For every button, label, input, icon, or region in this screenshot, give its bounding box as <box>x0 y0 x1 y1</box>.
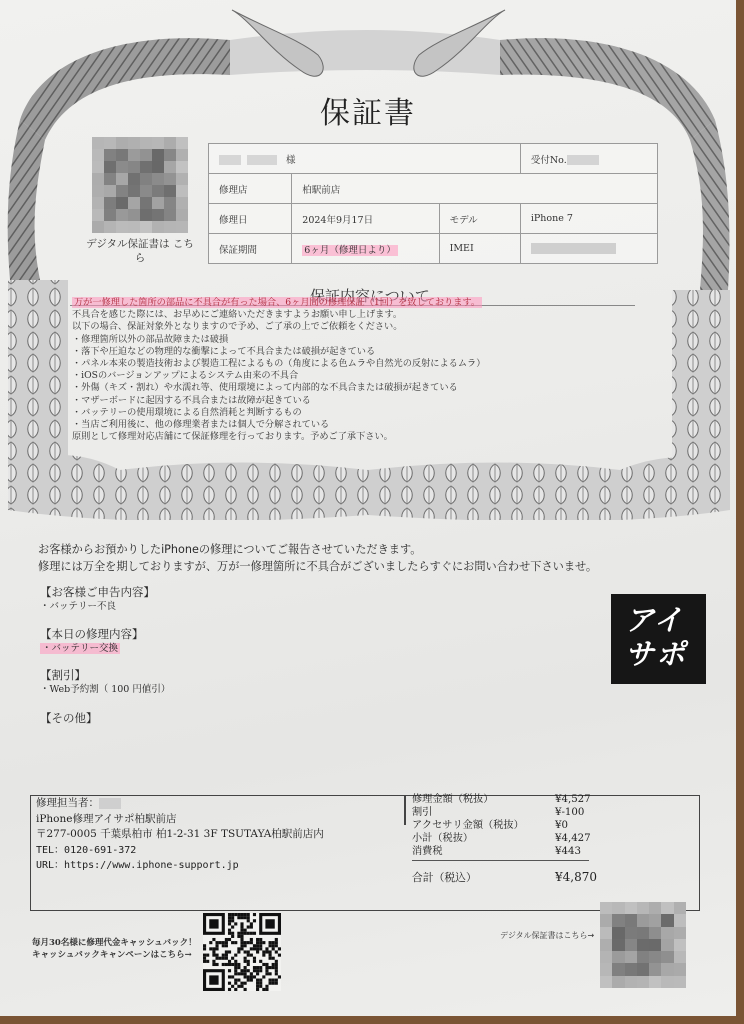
digital-qr-caption: デジタル保証書は こちら <box>84 237 196 265</box>
terms-list: 万が一修理した箇所の部品に不具合が有った場合、6ヶ月間の修理保証（1回）を致して… <box>72 297 662 443</box>
imei-cell <box>520 234 657 264</box>
complaint-section: 【お客様ご申告内容】 ・バッテリー不良 <box>40 584 155 613</box>
repair-section: 【本日の修理内容】 ・バッテリー交換 <box>40 626 144 655</box>
terms-line: 原則として修理対応店舗にて保証修理を行っております。予めご了承下さい。 <box>72 431 662 443</box>
terms-line: ・外傷（キズ・割れ）や水濡れ等、使用環境によって内部的な不具合または破損が起きて… <box>72 382 662 394</box>
digital-warranty-qr-blurred[interactable] <box>92 137 188 233</box>
repair-item: ・バッテリー交換 <box>40 643 120 654</box>
redacted-name <box>247 155 277 165</box>
discount-item: ・Web予約割（ 100 円値引） <box>40 683 170 696</box>
terms-line: 不具合を感じた際には、お早めにご連絡いただきますようお願い申し上げます。 <box>72 309 662 321</box>
warranty-paper: 保証書 デジタル保証書は こちら 様 受付No. 修理店 柏駅前店 修理日 20… <box>0 0 736 1016</box>
warranty-info-table: 様 受付No. 修理店 柏駅前店 修理日 2024年9月17日 モデル iPho… <box>208 143 658 264</box>
aisapo-logo: アイ サポ <box>611 594 706 684</box>
receipt-label: 受付No. <box>531 155 567 166</box>
digital-warranty-note: デジタル保証書はこちら→ <box>500 930 594 941</box>
digital-warranty-qr-blurred[interactable] <box>600 902 686 988</box>
terms-line: ・修理箇所以外の部品故障または破損 <box>72 334 662 346</box>
complaint-heading: 【お客様ご申告内容】 <box>40 584 155 600</box>
warranty-period-value: 6ヶ月（修理日より） <box>302 245 398 256</box>
discount-section: 【割引】 ・Web予約割（ 100 円値引） <box>40 667 170 696</box>
model-value: iPhone 7 <box>520 204 657 234</box>
terms-line: ・パネル本来の製造技術および製造工程によるもの（角度による色ムラや自然光の反射に… <box>72 358 662 370</box>
redacted-staff <box>99 798 121 809</box>
date-label: 修理日 <box>209 204 292 234</box>
customer-name-cell: 様 <box>209 144 521 174</box>
repair-heading: 【本日の修理内容】 <box>40 626 144 642</box>
shop-name: iPhone修理アイサポ柏駅前店 <box>36 812 324 828</box>
imei-label: IMEI <box>439 234 520 264</box>
cashback-promo: 毎月30名様に修理代金キャッシュバック！ キャッシュバックキャンペーンはこちら→ <box>32 937 197 961</box>
name-suffix: 様 <box>286 155 296 166</box>
price-row: 割引¥-100 <box>412 806 655 819</box>
complaint-item: ・バッテリー不良 <box>40 600 155 613</box>
warranty-period-label: 保証期間 <box>209 234 292 264</box>
receipt-number-cell: 受付No. <box>520 144 657 174</box>
cashback-qr-code[interactable] <box>203 912 281 992</box>
redacted-receipt-number <box>567 155 599 165</box>
terms-line: ・当店ご利用後に、他の修理業者または個人で分解されている <box>72 419 662 431</box>
model-label: モデル <box>439 204 520 234</box>
terms-line: ・マザーボードに起因する不具合または故障が起きている <box>72 395 662 407</box>
total-value: ¥4,870 <box>555 871 655 884</box>
box-divider <box>404 795 406 825</box>
other-heading: 【その他】 <box>40 710 98 726</box>
price-breakdown: 修理金額（税抜）¥4,527 割引¥-100 アクセサリ金額（税抜）¥0 小計（… <box>412 793 655 884</box>
price-row: 消費税¥443 <box>412 845 655 858</box>
price-rule <box>412 860 589 861</box>
terms-line: 以下の場合、保証対象外となりますので予め、ご了承の上でご依頼をください。 <box>72 321 662 333</box>
redacted-imei <box>531 243 616 254</box>
price-row: アクセサリ金額（税抜）¥0 <box>412 819 655 832</box>
warranty-period-cell: 6ヶ月（修理日より） <box>292 234 439 264</box>
total-label: 合計（税込） <box>412 871 555 884</box>
intro-line-1: お客様からお預かりしたiPhoneの修理についてご報告させていただきます。 <box>38 541 597 558</box>
shop-info: 修理担当者： iPhone修理アイサポ柏駅前店 〒277-0005 千葉県柏市 … <box>36 796 324 874</box>
redacted-name <box>219 155 241 165</box>
terms-line: 万が一修理した箇所の部品に不具合が有った場合、6ヶ月間の修理保証（1回）を致して… <box>72 297 662 309</box>
date-value: 2024年9月17日 <box>292 204 439 234</box>
terms-line: ・バッテリーの使用環境による自然消耗と判断するもの <box>72 407 662 419</box>
price-total-row: 合計（税込）¥4,870 <box>412 871 655 884</box>
terms-line: ・iOSのバージョンアップによるシステム由来の不具合 <box>72 370 662 382</box>
shop-url[interactable]: URL：https://www.iphone-support.jp <box>36 858 324 874</box>
staff-label: 修理担当者： <box>36 797 99 809</box>
shop-address: 〒277-0005 千葉県柏市 柏1-2-31 3F TSUTAYA柏駅前店内 <box>36 827 324 843</box>
shop-tel: TEL：0120-691-372 <box>36 843 324 859</box>
shop-label: 修理店 <box>209 174 292 204</box>
other-section: 【その他】 <box>40 710 98 726</box>
price-row: 修理金額（税抜）¥4,527 <box>412 793 655 806</box>
terms-line: ・落下や圧迫などの物理的な衝撃によって不具合または破損が起きている <box>72 346 662 358</box>
document-title: 保証書 <box>0 88 736 132</box>
intro-line-2: 修理には万全を期しておりますが、万が一修理箇所に不具合がございましたらすぐにお問… <box>38 558 597 575</box>
shop-value: 柏駅前店 <box>292 174 658 204</box>
discount-heading: 【割引】 <box>40 667 170 683</box>
price-row: 小計（税抜）¥4,427 <box>412 832 655 845</box>
report-intro: お客様からお預かりしたiPhoneの修理についてご報告させていただきます。 修理… <box>38 541 597 575</box>
